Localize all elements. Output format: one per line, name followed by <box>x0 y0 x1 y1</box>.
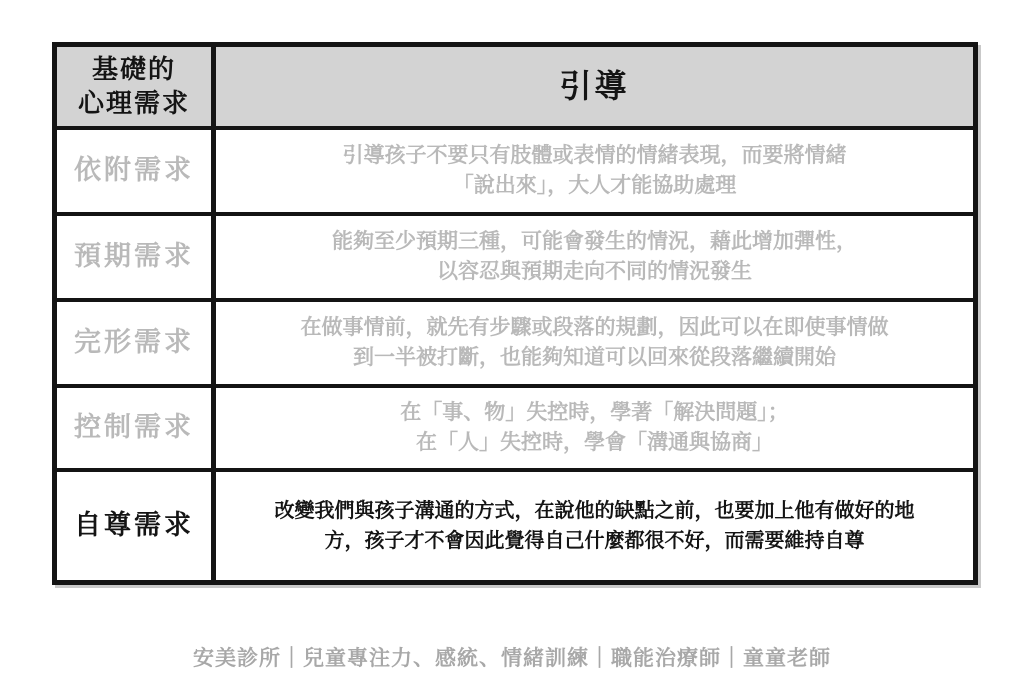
row-content-self-esteem-need: 改變我們與孩子溝通的方式，在說他的缺點之前，也要加上他有做好的地 方，孩子才不會… <box>216 472 973 580</box>
row-content-attachment-need: 引導孩子不要只有肢體或表情的情緒表現，而要將情緒 「說出來」，大人才能協助處理 <box>216 130 973 216</box>
row-content-gestalt-need: 在做事情前，就先有步驟或段落的規劃，因此可以在即使事情做 到一半被打斷，也能夠知… <box>216 302 973 388</box>
clinic-credit-text: 安美診所｜兒童專注力、感統、情緒訓練｜職能治療師｜童童老師 <box>0 642 1024 672</box>
row-content-anticipation-need: 能夠至少預期三種，可能會發生的情況，藉此增加彈性， 以容忍與預期走向不同的情況發… <box>216 216 973 302</box>
row-label-self-esteem-need: 自尊需求 <box>57 472 216 580</box>
row-label-control-need: 控制需求 <box>57 388 216 472</box>
row-label-attachment-need: 依附需求 <box>57 130 216 216</box>
header-basic-psychological-needs: 基礎的 心理需求 <box>57 47 216 130</box>
row-label-anticipation-need: 預期需求 <box>57 216 216 302</box>
psychological-needs-table: 基礎的 心理需求 引導 依附需求 引導孩子不要只有肢體或表情的情緒表現，而要將情… <box>52 42 978 585</box>
header-guidance: 引導 <box>216 47 973 130</box>
row-label-gestalt-need: 完形需求 <box>57 302 216 388</box>
page-canvas: 基礎的 心理需求 引導 依附需求 引導孩子不要只有肢體或表情的情緒表現，而要將情… <box>0 0 1024 690</box>
row-content-control-need: 在「事、物」失控時，學著「解決問題」； 在「人」失控時，學會「溝通與協商」 <box>216 388 973 472</box>
